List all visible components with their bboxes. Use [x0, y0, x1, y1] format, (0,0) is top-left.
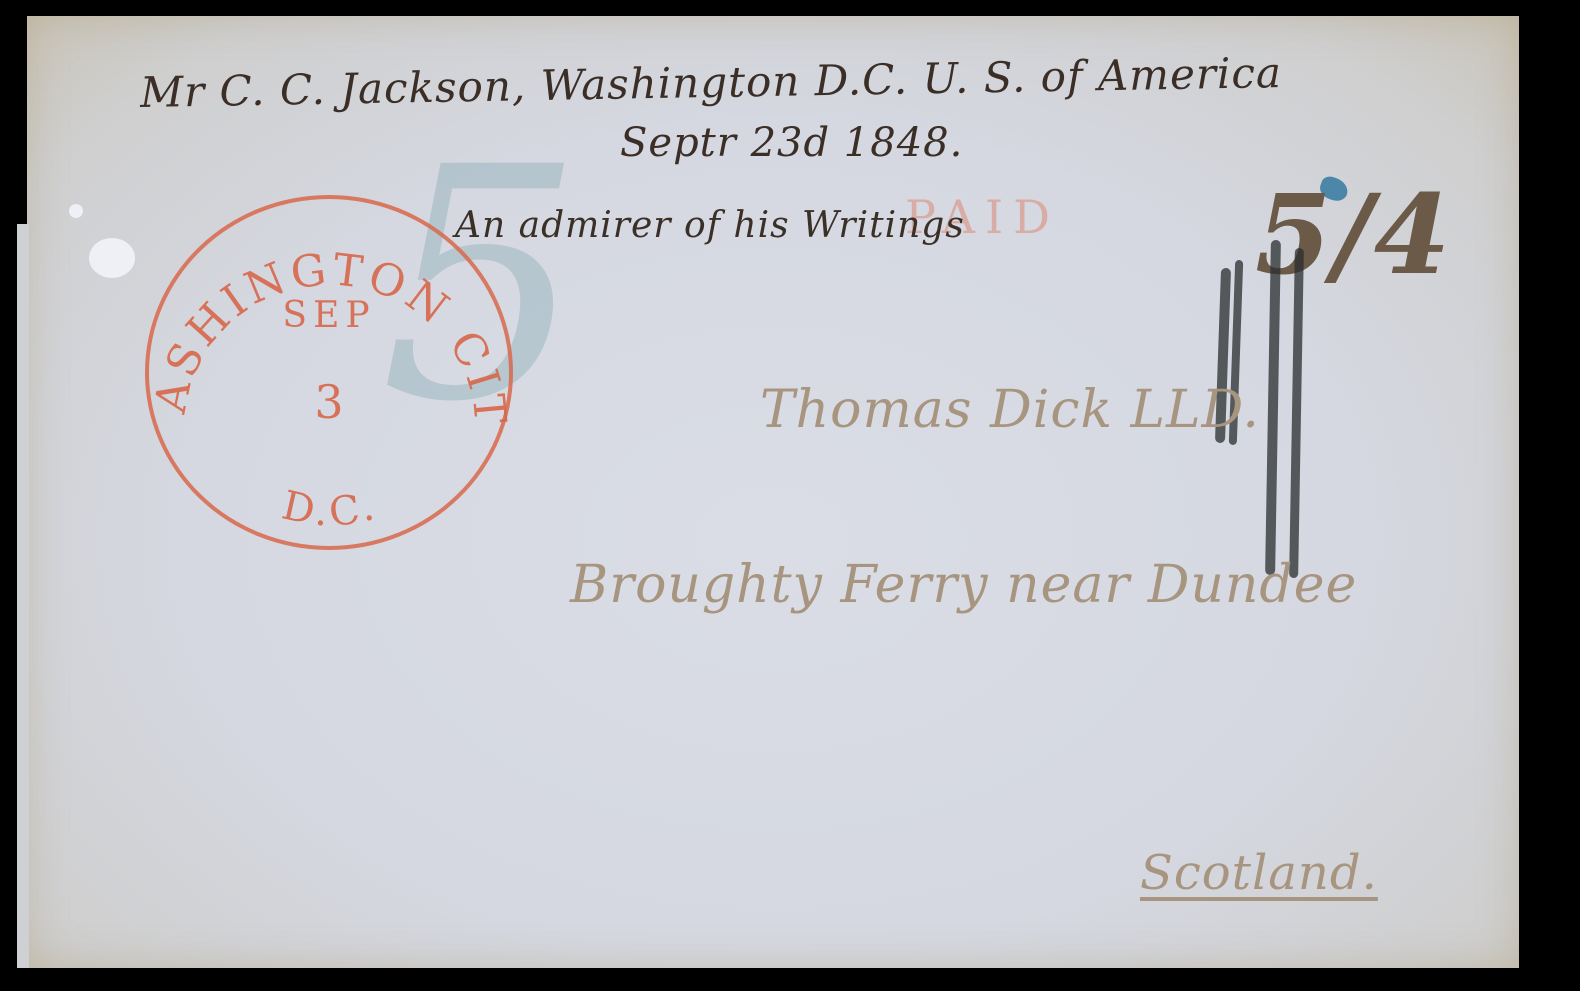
postmark-month: SEP	[145, 295, 513, 336]
paper-hole	[89, 238, 135, 278]
rate-marking: 5/4	[1255, 170, 1451, 299]
svg-text:D.C.: D.C.	[278, 482, 383, 536]
postmark-day: 3	[145, 375, 513, 429]
postmark: WASHINGTON CITY D.C. SEP 3	[145, 195, 513, 550]
recipient-country: Scotland.	[1140, 845, 1378, 901]
flap-edge	[17, 224, 29, 968]
paper-hole	[69, 204, 83, 218]
date-line: Septr 23d 1848.	[620, 120, 963, 166]
postmark-curved-text: WASHINGTON CITY D.C.	[145, 195, 513, 550]
recipient-address: Broughty Ferry near Dundee	[570, 555, 1357, 615]
endorsement: An admirer of his Writings	[455, 205, 965, 246]
recipient-name: Thomas Dick LLD.	[760, 380, 1260, 440]
